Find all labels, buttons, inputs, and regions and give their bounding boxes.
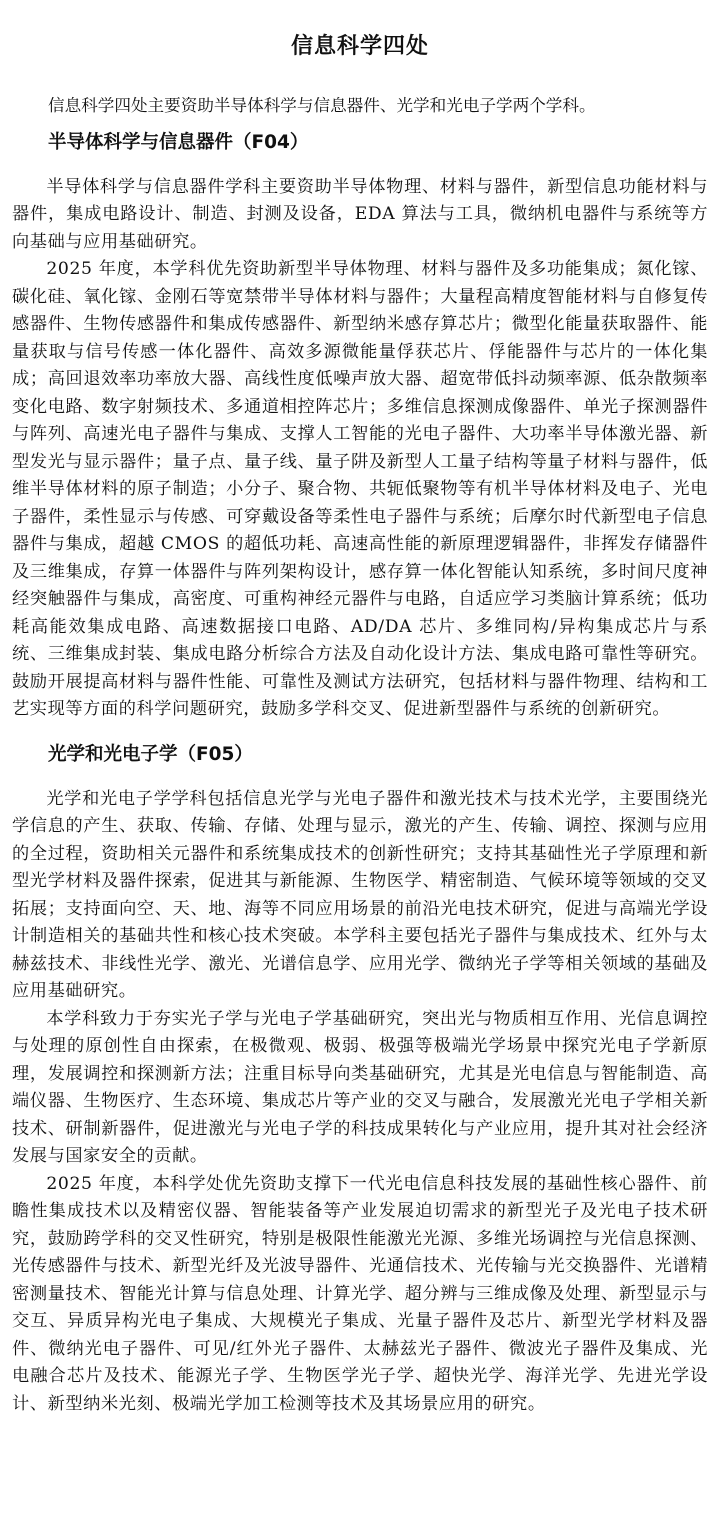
paragraph: 本学科致力于夯实光子学与光电子学基础研究，突出光与物质相互作用、光信息调控与处理… — [12, 1006, 708, 1171]
paragraph: 半导体科学与信息器件学科主要资助半导体物理、材料与器件，新型信息功能材料与器件，… — [12, 174, 708, 257]
paragraph: 2025 年度，本学科优先资助新型半导体物理、材料与器件及多功能集成；氮化镓、碳… — [12, 256, 708, 724]
section-semiconductor: 半导体科学与信息器件（F04） 半导体科学与信息器件学科主要资助半导体物理、材料… — [12, 128, 708, 724]
section-optics: 光学和光电子学（F05） 光学和光电子学学科包括信息光学与光电子器件和激光技术与… — [12, 740, 708, 1419]
paragraph: 2025 年度，本科学处优先资助支撑下一代光电信息科技发展的基础性核心器件、前瞻… — [12, 1171, 708, 1419]
document-page: 信息科学四处 信息科学四处主要资助半导体科学与信息器件、光学和光电子学两个学科。… — [0, 0, 720, 1530]
page-title: 信息科学四处 — [12, 0, 708, 62]
paragraph: 光学和光电子学学科包括信息光学与光电子器件和激光技术与技术光学，主要围绕光学信息… — [12, 786, 708, 1006]
section-body-f05: 光学和光电子学学科包括信息光学与光电子器件和激光技术与技术光学，主要围绕光学信息… — [12, 786, 708, 1419]
intro-paragraph: 信息科学四处主要资助半导体科学与信息器件、光学和光电子学两个学科。 — [12, 92, 708, 120]
section-heading-f05: 光学和光电子学（F05） — [12, 740, 708, 770]
section-heading-f04: 半导体科学与信息器件（F04） — [12, 128, 708, 158]
section-body-f04: 半导体科学与信息器件学科主要资助半导体物理、材料与器件，新型信息功能材料与器件，… — [12, 174, 708, 724]
